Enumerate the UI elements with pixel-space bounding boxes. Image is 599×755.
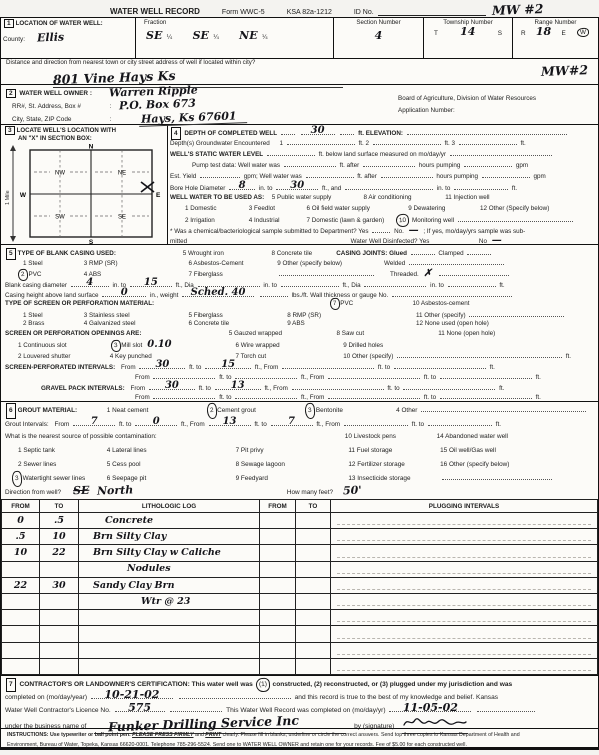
groundwater-3: ft. 3 [445, 140, 456, 147]
section6-grout: 6GROUT MATERIAL: 1 Neat cement 2Cement g… [1, 401, 598, 499]
gpm-label: gpm [516, 162, 528, 169]
completed-date-blank: 10-21-02 [91, 690, 173, 699]
section5-casing: 5TYPE OF BLANK CASING USED: 5 Wrought ir… [1, 244, 598, 401]
dotted-leader [372, 225, 390, 233]
ft-from-label: ft., From [181, 421, 205, 428]
pump-test-label: Pump test data: Well water was [192, 162, 280, 169]
static-level-tail: ft. below land surface measured on mo/da… [319, 151, 446, 158]
plug-interval-cell [331, 610, 598, 626]
agency-block: Board of Agriculture, Division of Water … [398, 85, 598, 124]
license-blank: 575 [115, 703, 165, 712]
opening-option: 5 Gauzed wrapped [229, 329, 335, 339]
section1-location: 1LOCATION OF WATER WELL: County: Ellis F… [1, 18, 598, 58]
gravel-interval-to-blank: 13 [215, 381, 261, 390]
groundwater-label: Depth(s) Groundwater Encountered [170, 140, 270, 147]
hours-pumping-label: hours pumping [436, 173, 478, 180]
plug-to-cell [296, 561, 331, 577]
ft-label: ft. [496, 421, 501, 428]
completed-on-label: completed on (mo/day/year) [5, 694, 87, 701]
contamination-option: 12 Fertilizer storage [348, 458, 438, 472]
certification-text-1a: CONTRACTOR'S OR LANDOWNER'S CERTIFICATIO… [19, 681, 252, 688]
casing-diameter-value: 4 [71, 278, 109, 288]
plug-to-cell [296, 545, 331, 561]
grout-option: Bentonite [316, 407, 343, 414]
gravel-interval-from: 30 [149, 381, 195, 391]
quarter-symbol: ¼ [262, 34, 267, 41]
col-from-header: FROM [2, 500, 40, 513]
dotted-leader [287, 137, 355, 145]
use-heading: WELL WATER TO BE USED AS: [170, 192, 270, 203]
use-option: 12 Other (Specify below) [480, 203, 549, 214]
screen-option: 12 None used (open hole) [416, 320, 489, 327]
instructions-footer: INSTRUCTIONS: Use typewriter or ball poi… [1, 728, 598, 750]
litho-row [2, 658, 598, 674]
use-option: 1 Domestic [185, 203, 247, 214]
owner-city-value: Hays, Ks 67601 [139, 110, 247, 127]
contamination-option: 7 Pit privy [236, 444, 347, 458]
dotted-leader [464, 159, 512, 167]
est-yield-label: Est. Yield [170, 173, 196, 180]
dotted-leader [170, 704, 222, 712]
plug-to-cell [296, 610, 331, 626]
contamination-option: 5 Cess pool [107, 458, 234, 472]
bore-depth-blank: 30 [276, 181, 318, 190]
from-label: From [135, 374, 150, 381]
disinfected-question: Water Well Disinfected? Yes [351, 238, 430, 245]
dotted-leader [344, 418, 408, 426]
contamination-question: What is the nearest source of possible c… [5, 430, 343, 444]
ft-label: ft. [536, 374, 541, 381]
contamination-option: 2 Sewer lines [18, 458, 105, 472]
dotted-leader [454, 182, 508, 190]
county-cell: 1LOCATION OF WATER WELL: County: Ellis [1, 18, 136, 58]
use-option: 5 Public water supply [272, 192, 362, 203]
id-handwritten-value: MW #2 [492, 3, 544, 17]
section1-heading: LOCATION OF WATER WELL: [16, 20, 103, 27]
grout1-to-blank: 0 [135, 417, 177, 426]
range-value: 18 [536, 26, 551, 37]
opening-option: 11 None (open hole) [438, 330, 495, 337]
contamination-option: 13 Insecticide storage [348, 472, 438, 486]
dotted-leader [281, 127, 295, 135]
plug-interval-cell [331, 593, 598, 609]
groundwater-1: 1 [280, 140, 284, 147]
use-option: 11 Injection well [445, 192, 489, 203]
chem-tail: ; If yes, mo/day/yrs sample was sub- [423, 228, 525, 235]
litho-from: 10 [14, 547, 27, 558]
screen-interval-from-blank: 30 [139, 360, 185, 369]
dotted-leader [235, 391, 297, 399]
dotted-leader [397, 350, 562, 358]
table-header-row: FROM TO LITHOLOGIC LOG FROM TO PLUGGING … [2, 500, 598, 513]
dotted-leader [392, 289, 512, 297]
fraction-cell: Fraction SE ¼ SE ¼ NE ¼ [136, 18, 334, 58]
how-many-feet-label: How many feet? [287, 489, 333, 496]
print-underlined: PRINT [205, 732, 221, 738]
south-label: S [89, 239, 94, 245]
form-number: Form WWC-5 [222, 9, 265, 16]
range-r: R [521, 30, 526, 37]
section2-owner: 2 WATER WELL OWNER : Warren Ripple RR#, … [1, 84, 598, 124]
dotted-leader [364, 279, 426, 287]
use-option: 6 Oil field water supply [307, 203, 407, 214]
plug-from-cell [260, 561, 296, 577]
plug-interval-cell [331, 561, 598, 577]
colon: : [110, 103, 112, 110]
plug-from-cell [260, 626, 296, 642]
dotted-leader [200, 170, 240, 178]
groundwater-2: ft. 2 [359, 140, 370, 147]
section4-depth: 4 DEPTH OF COMPLETED WELL 30 ft. ELEVATI… [168, 125, 598, 244]
dotted-leader [279, 268, 374, 276]
range-e: E [561, 30, 565, 37]
screen-option: 4 Galvanized steel [84, 319, 187, 329]
casing-depth-value: 15 [130, 278, 172, 288]
plug-to-cell [296, 658, 331, 674]
feet-value: 50' [343, 485, 362, 497]
contamination-option: Watertight sewer lines [23, 475, 86, 482]
owner-heading: WATER WELL OWNER : [19, 90, 107, 97]
dotted-leader [153, 371, 215, 379]
ft-label: ft. [566, 353, 571, 360]
id-blank-line [378, 7, 486, 16]
ft-label: ft. [512, 185, 517, 192]
ft-and-label: ft., and [322, 185, 341, 192]
section-number-label: Section Number [336, 19, 421, 26]
license-value: 575 [115, 702, 165, 713]
litho-row: .510Brn Silty Clay [2, 529, 598, 545]
dotted-leader [328, 391, 420, 399]
contamination-option: 4 Lateral lines [107, 444, 234, 458]
screen-interval-from: 30 [139, 360, 185, 370]
litho-to: 10 [52, 531, 65, 542]
dotted-leader [440, 371, 532, 379]
ft-to-label: ft. to [219, 394, 231, 401]
litho-from: .5 [16, 531, 26, 542]
screen-option: 9 ABS [287, 319, 414, 329]
grout2-to-blank: 7 [271, 417, 313, 426]
direction-crossed-out: SE [73, 485, 90, 497]
litho-from: 0 [17, 515, 24, 526]
press-firmly-underlined: PLEASE PRESS FIRMLY [132, 732, 193, 738]
plug-from-cell [260, 593, 296, 609]
colon: : [110, 116, 112, 123]
casing-diameter-blank: 4 [71, 278, 109, 287]
dotted-leader [363, 159, 415, 167]
gravel-interval-to: 13 [215, 381, 261, 391]
dotted-leader [469, 309, 564, 317]
litho-row: Nodules [2, 561, 598, 577]
dotted-leader [428, 418, 492, 426]
dotted-leader [328, 371, 420, 379]
range-label: Range Number [515, 19, 596, 26]
dotted-leader [450, 148, 552, 156]
openings-heading: SCREEN OR PERFORATION OPENINGS ARE: [5, 329, 227, 339]
section1-number: 1 [4, 19, 14, 28]
weight-blank: Sched. 40 [182, 288, 254, 297]
plug-from-cell [260, 642, 296, 658]
bore-hole-label: Bore Hole Diameter [170, 185, 225, 192]
use-option: 3 Feedlot [249, 203, 305, 214]
sw-quadrant-label: SW [55, 215, 65, 221]
ft-to-label: ft. to [424, 374, 436, 381]
fraction-q2: SE [193, 29, 209, 42]
casing-option: PVC [29, 271, 42, 278]
litho-from: 22 [14, 580, 27, 591]
grout2-from: 13 [209, 417, 251, 427]
direction-from-well-label: Direction from well? [5, 489, 61, 496]
litho-desc: Wtr @ 23 [141, 596, 190, 607]
casing-height-value: 0 [102, 288, 146, 298]
mitted-label: mitted [170, 238, 187, 245]
dotted-leader [153, 391, 215, 399]
litho-to: 22 [52, 547, 65, 558]
grout2-from-blank: 13 [209, 417, 251, 426]
plug-to-cell [296, 626, 331, 642]
ft-after-label: ft. after [340, 162, 360, 169]
plug-to-cell [296, 529, 331, 545]
ft-to-label: ft. to [424, 394, 436, 401]
col-plugging-header: PLUGGING INTERVALS [331, 500, 598, 513]
plug-from-cell [260, 658, 296, 674]
litho-row [2, 642, 598, 658]
dotted-leader [440, 391, 532, 399]
contamination-option: 14 Abandoned water well [437, 433, 508, 440]
lithologic-log-table: FROM TO LITHOLOGIC LOG FROM TO PLUGGING … [1, 499, 598, 675]
dotted-leader [235, 371, 297, 379]
dotted-leader [284, 159, 336, 167]
record-date-blank: 11-05-02 [389, 703, 471, 712]
hours-pumping-label: hours pumping [419, 162, 461, 169]
by-signature-label: by (signature) [354, 723, 394, 730]
dotted-leader [381, 170, 433, 178]
col-from2-header: FROM [260, 500, 296, 513]
plug-interval-cell [331, 513, 598, 529]
ft-to-label: ft. to [219, 374, 231, 381]
section3-4-row: 3LOCATE WELL'S LOCATION WITH AN "X" IN S… [1, 124, 598, 244]
dotted-leader [267, 148, 315, 156]
township-value: 14 [460, 26, 475, 37]
township-t: T [434, 30, 438, 37]
dotted-leader [458, 214, 573, 222]
dotted-leader [345, 182, 433, 190]
owner-city-label: City, State, ZIP Code [12, 116, 108, 123]
plug-from-cell [260, 577, 296, 593]
dotted-leader [292, 382, 384, 390]
direction-value: North [97, 484, 134, 496]
gpm-label: gpm [534, 173, 546, 180]
ft-from-label: ft., From [301, 374, 324, 381]
litho-to: 30 [52, 580, 65, 591]
in-to-label: in. to [437, 185, 451, 192]
dotted-leader [407, 127, 567, 135]
litho-to: .5 [54, 515, 64, 526]
section3-heading2: AN "X" IN SECTION BOX: [4, 135, 167, 142]
contamination-option: 16 Other (specify below) [440, 461, 509, 468]
plug-to-cell [296, 577, 331, 593]
plug-interval-cell [331, 626, 598, 642]
east-label: E [156, 192, 161, 199]
dotted-leader [409, 257, 504, 265]
record-date-value: 11-05-02 [389, 702, 471, 713]
dotted-leader [403, 382, 495, 390]
mill-slot-value: 0.10 [147, 339, 171, 350]
dotted-leader [448, 279, 496, 287]
litho-desc: Concrete [105, 515, 153, 526]
from-label: From [54, 421, 69, 428]
plug-from-cell [260, 513, 296, 529]
distance-label: Distance and direction from nearest town… [6, 59, 255, 66]
bore-diameter-value: 8 [229, 181, 255, 191]
section3-heading: LOCATE WELL'S LOCATION WITH [17, 127, 116, 134]
depth-blank: 30 [301, 126, 335, 135]
opening-option: 9 Drilled holes [343, 342, 383, 349]
nw-quadrant-label: NW [55, 171, 65, 177]
dotted-leader [439, 268, 509, 276]
col-litho-header: LITHOLOGIC LOG [79, 500, 260, 513]
fraction-q3: NE [239, 29, 257, 42]
chem-no-label: No. [394, 228, 404, 235]
litho-row: 2230Sandy Clay Brn [2, 577, 598, 593]
dotted-leader [459, 137, 517, 145]
plug-to-cell [296, 642, 331, 658]
arrow-down-icon [10, 236, 16, 242]
opening-option: 8 Saw cut [337, 329, 437, 339]
screen-interval-to: 15 [205, 360, 251, 370]
form-title: WATER WELL RECORD [110, 7, 200, 16]
depth-value: 30 [301, 126, 335, 136]
contamination-option: 9 Feedyard [236, 472, 347, 486]
chem-sample-question: * Was a chemical/bacteriological sample … [170, 228, 369, 235]
range-cell: Range Number R 18 E W [513, 18, 598, 58]
ft-to-label: ft. to [254, 421, 266, 428]
form-body: 1LOCATION OF WATER WELL: County: Ellis F… [0, 17, 599, 750]
dotted-leader [179, 691, 291, 699]
owner-address-label: RR#, St. Address, Box # [12, 103, 108, 110]
board-of-agriculture-text: Board of Agriculture, Division of Water … [398, 93, 598, 105]
county-label: County: [3, 36, 25, 43]
ft-to-label: ft. to [119, 421, 131, 428]
grout2-to: 7 [271, 417, 313, 427]
plug-interval-cell [331, 577, 598, 593]
grout-option: Cement grout [217, 407, 256, 414]
arrow-up-icon [10, 145, 16, 151]
threaded-label: Threaded. [390, 271, 419, 278]
plug-from-cell [260, 610, 296, 626]
plug-to-cell [296, 513, 331, 529]
fraction-label: Fraction [138, 19, 331, 26]
instructions-text-2: Environment, Bureau of Water, Topeka, Ka… [7, 741, 592, 750]
dotted-leader [411, 247, 435, 255]
bore-diameter-blank: 8 [229, 181, 255, 190]
litho-row: Wtr @ 23 [2, 593, 598, 609]
plug-from-cell [260, 545, 296, 561]
dotted-leader [482, 170, 530, 178]
plug-from-cell [260, 529, 296, 545]
screen-option: 2 Brass [23, 319, 82, 329]
grout-intervals-label: Grout Intervals: [5, 421, 49, 428]
plug-interval-cell [331, 642, 598, 658]
screen-interval-to-blank: 15 [205, 360, 251, 369]
address-handwritten-row: 801 Vine Hays Ks MW#2 [1, 69, 598, 84]
in-to-label: in. to [259, 185, 273, 192]
contamination-option: 10 Livestock pens [345, 430, 435, 444]
ft-to-label: ft. to [412, 421, 424, 428]
instructions-text-1-tail: clearly. Please fill in blanks, underlin… [221, 732, 519, 738]
contamination-option: 8 Sewage lagoon [236, 458, 347, 472]
litho-desc: Sandy Clay Brn [93, 580, 175, 591]
disinfected-no-label: No [479, 238, 487, 245]
section-number-cell: Section Number 4 [334, 18, 424, 58]
ft-after-label: ft. after [357, 173, 377, 180]
clamped-label: Clamped [438, 250, 463, 257]
litho-row [2, 610, 598, 626]
litho-desc: Nodules [127, 563, 171, 574]
elevation-label: ft. ELEVATION: [358, 130, 403, 137]
litho-row [2, 626, 598, 642]
dotted-leader [442, 472, 552, 480]
plug-to-cell [296, 593, 331, 609]
dotted-leader [340, 127, 354, 135]
dotted-leader [394, 361, 486, 369]
yield-mid-label: gpm; Well water was [244, 173, 302, 180]
owner-block: 2 WATER WELL OWNER : Warren Ripple RR#, … [1, 85, 398, 124]
section-number-value: 4 [375, 29, 383, 42]
application-number-label: Application Number: [398, 105, 598, 117]
use-option: 8 Air conditioning [364, 192, 444, 203]
instructions-mid: and [194, 732, 206, 738]
litho-row: 0.5Concrete [2, 513, 598, 529]
section3-locate-box: 3LOCATE WELL'S LOCATION WITH AN "X" IN S… [1, 125, 168, 244]
quarter-symbol: ¼ [167, 34, 172, 41]
quarter-symbol: ¼ [213, 34, 218, 41]
litho-desc: Brn Silty Clay [93, 531, 166, 542]
col-to2-header: TO [296, 500, 331, 513]
grout-option: 4 Other [396, 407, 417, 414]
from-label: From [135, 394, 150, 401]
plug-interval-cell [331, 529, 598, 545]
fraction-q1: SE [146, 29, 162, 42]
litho-desc: Brn Silty Clay w Caliche [93, 547, 221, 558]
screen-option: 10 Asbestos-cement [413, 300, 470, 307]
id-label: ID No. [354, 9, 374, 16]
dotted-leader [421, 404, 586, 412]
section-box-diagram: 1 Mile N S W E NW NE SW [4, 142, 167, 245]
township-s: S [498, 30, 502, 37]
plug-interval-cell [331, 658, 598, 674]
monitoring-well-label: Monitoring well [412, 217, 454, 224]
business-name-label: under the business name of [5, 723, 86, 730]
casing-depth-blank: 15 [130, 278, 172, 287]
owner-address-value: P.O. Box 673 [119, 98, 196, 112]
range-w-circled: W [577, 28, 590, 38]
bore-depth-value: 30 [276, 181, 318, 191]
record-completed-label: This Water Well Record was completed on … [226, 707, 385, 714]
chem-no-mark: — [409, 225, 419, 236]
disinfected-no-mark: — [492, 235, 502, 246]
ksa-statute: KSA 82a-1212 [287, 9, 332, 16]
screen-option: 11 Other (specify) [416, 312, 466, 319]
dotted-leader [306, 170, 354, 178]
dotted-leader [198, 279, 260, 287]
welded-label: Welded [384, 260, 405, 267]
casing-height-blank: 0 [102, 288, 146, 297]
township-cell: Township Number T 14 S [424, 18, 513, 58]
screen-option: 6 Concrete tile [189, 319, 286, 329]
grout-heading: GROUT MATERIAL: [18, 407, 78, 414]
col-to-header: TO [40, 500, 79, 513]
section3-number: 3 [5, 126, 15, 135]
